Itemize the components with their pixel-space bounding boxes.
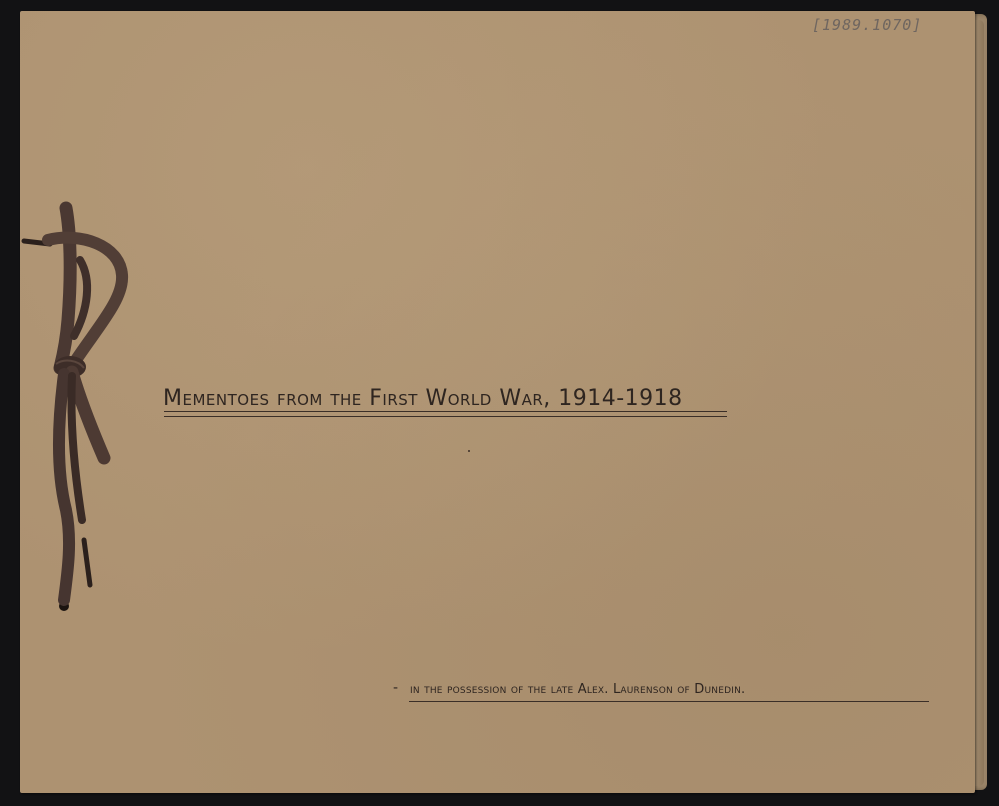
attribution-dash: - — [393, 680, 398, 696]
title-double-underline — [164, 411, 727, 417]
attribution-underline — [409, 701, 929, 702]
catalogue-number: [1989.1070] — [812, 16, 922, 34]
ink-speck — [468, 450, 470, 452]
shoelace-binding-icon — [0, 0, 140, 620]
album-title: Mementoes from the First World War, 1914… — [163, 386, 683, 411]
attribution-text: in the possession of the late Alex. Laur… — [410, 682, 745, 697]
